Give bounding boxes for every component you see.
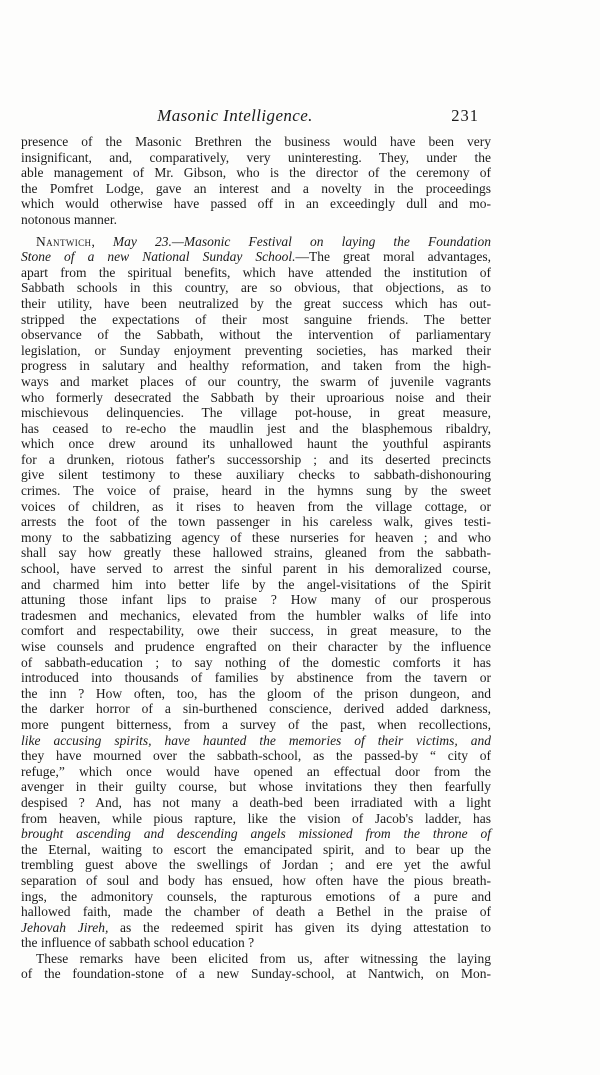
text-run: apart from the spiritual benefits, which… — [21, 265, 491, 280]
text-run: presence of the Masonic Brethren the bus… — [21, 134, 491, 149]
text-line: hallowed faith, made the chamber of deat… — [21, 904, 491, 920]
text-line: separation of soul and body has ensued, … — [21, 873, 491, 889]
text-run: the Pomfret Lodge, gave an interest and … — [21, 181, 491, 196]
text-run: and charmed him into better life by the … — [21, 577, 491, 592]
text-run: which once drew around its unhallowed ha… — [21, 436, 491, 451]
text-line: trembling guest above the swellings of J… — [21, 857, 491, 873]
text-run: the inn ? How often, too, has the gloom … — [21, 686, 491, 701]
italic-text-run: like accusing spirits, have haunted the … — [21, 733, 491, 748]
text-line: of the foundation-stone of a new Sunday-… — [21, 966, 491, 982]
text-line: the Pomfret Lodge, gave an interest and … — [21, 181, 491, 197]
text-run: hallowed faith, made the chamber of deat… — [21, 904, 491, 919]
text-run: , — [91, 234, 112, 249]
text-run: legislation, or Sunday enjoyment prevent… — [21, 343, 491, 358]
text-line: voices of children, as it rises to heave… — [21, 499, 491, 515]
text-run: observance of the Sabbath, without the i… — [21, 327, 491, 342]
article-body: presence of the Masonic Brethren the bus… — [21, 134, 491, 982]
text-run: mony to the sabbatizing agency of these … — [21, 530, 491, 545]
text-line: from heaven, while pious rapture, like t… — [21, 811, 491, 827]
text-run: give silent testimony to these auxiliary… — [21, 467, 491, 482]
text-line: shall say how greatly these hallowed str… — [21, 545, 491, 561]
text-line: comfort and respectability, owe their su… — [21, 623, 491, 639]
text-run: who formerly desecrated the Sabbath by t… — [21, 390, 491, 405]
text-run: mischievous delinquencies. The village p… — [21, 405, 491, 420]
text-line: the inn ? How often, too, has the gloom … — [21, 686, 491, 702]
text-run: which would otherwise have passed off in… — [21, 196, 491, 211]
text-run: These remarks have been elicited from us… — [36, 951, 491, 966]
text-line: give silent testimony to these auxiliary… — [21, 467, 491, 483]
text-run: progress in salutary and healthy reforma… — [21, 358, 491, 373]
text-run: of the foundation-stone of a new Sunday-… — [21, 966, 491, 981]
text-line: their utility, have been neutralized by … — [21, 296, 491, 312]
text-line: school, have served to arrest the sinful… — [21, 561, 491, 577]
text-run: they have mourned over the sabbath-schoo… — [21, 748, 491, 763]
text-line: ways and market places of our country, t… — [21, 374, 491, 390]
page-number: 231 — [451, 106, 479, 126]
text-line: mischievous delinquencies. The village p… — [21, 405, 491, 421]
text-run: introduced into thousands of families by… — [21, 670, 491, 685]
text-line: presence of the Masonic Brethren the bus… — [21, 134, 491, 150]
text-run: refuge,” which once would have opened an… — [21, 764, 491, 779]
text-line: mony to the sabbatizing agency of these … — [21, 530, 491, 546]
smallcaps-text-run: Nantwich — [36, 234, 91, 249]
text-run: voices of children, as it rises to heave… — [21, 499, 491, 514]
text-run: ways and market places of our country, t… — [21, 374, 491, 389]
text-line: despised ? And, has not many a death-bed… — [21, 795, 491, 811]
text-line: who formerly desecrated the Sabbath by t… — [21, 390, 491, 406]
paragraph-nantwich-festival: Nantwich, May 23.—Masonic Festival on la… — [21, 234, 491, 951]
text-run: separation of soul and body has ensued, … — [21, 873, 491, 888]
text-run: their utility, have been neutralized by … — [21, 296, 491, 311]
text-run: stripped the expectations of their most … — [21, 312, 491, 327]
text-run: from heaven, while pious rapture, like t… — [21, 811, 491, 826]
text-line: Stone of a new National Sunday School.—T… — [21, 249, 491, 265]
text-line: observance of the Sabbath, without the i… — [21, 327, 491, 343]
italic-text-run: May 23.—Masonic Festival on laying the F… — [113, 234, 491, 249]
text-run: arrests the foot of the town passenger i… — [21, 514, 491, 529]
text-line: for a drunken, riotous father's successo… — [21, 452, 491, 468]
text-run: as the redeemed spirit has given its dyi… — [108, 920, 491, 935]
text-line: more pungent bitterness, from a survey o… — [21, 717, 491, 733]
text-line: progress in salutary and healthy reforma… — [21, 358, 491, 374]
text-line: refuge,” which once would have opened an… — [21, 764, 491, 780]
paragraph-pomfret-lodge: presence of the Masonic Brethren the bus… — [21, 134, 491, 228]
text-line: stripped the expectations of their most … — [21, 312, 491, 328]
text-run: the darker horror of a sin-burthened con… — [21, 701, 491, 716]
text-run: the influence of sabbath school educatio… — [21, 935, 254, 950]
text-line: attuning those infant lips to praise ? H… — [21, 592, 491, 608]
text-run: tradesmen and mechanics, elevated from t… — [21, 608, 491, 623]
text-line: Sabbath schools in this country, are so … — [21, 280, 491, 296]
text-run: school, have served to arrest the sinful… — [21, 561, 491, 576]
italic-text-run: brought ascending and descending angels … — [21, 826, 491, 841]
text-run: despised ? And, has not many a death-bed… — [21, 795, 491, 810]
italic-text-run: Stone of a new National Sunday School. — [21, 249, 296, 264]
text-run: attuning those infant lips to praise ? H… — [21, 592, 491, 607]
text-line: Jehovah Jireh, as the redeemed spirit ha… — [21, 920, 491, 936]
italic-text-run: Jehovah Jireh, — [21, 920, 108, 935]
text-line: which would otherwise have passed off in… — [21, 196, 491, 212]
text-run: the Eternal, waiting to escort the emanc… — [21, 842, 491, 857]
page-header: Masonic Intelligence. 231 — [21, 106, 491, 128]
text-line: ings, the admonitory counsels, the raptu… — [21, 889, 491, 905]
text-line: like accusing spirits, have haunted the … — [21, 733, 491, 749]
text-run: —The great moral advantages, — [296, 249, 492, 264]
text-line: wise counsels and prudence engrafted on … — [21, 639, 491, 655]
text-line: These remarks have been elicited from us… — [21, 951, 491, 967]
text-run: notonous manner. — [21, 212, 117, 227]
text-run: insignificant, and, comparatively, very … — [21, 150, 491, 165]
text-run: crimes. The voice of praise, heard in th… — [21, 483, 491, 498]
text-run: ings, the admonitory counsels, the raptu… — [21, 889, 491, 904]
text-line: and charmed him into better life by the … — [21, 577, 491, 593]
text-line: of sabbath-education ; to say nothing of… — [21, 655, 491, 671]
text-run: comfort and respectability, owe their su… — [21, 623, 491, 638]
text-run: of sabbath-education ; to say nothing of… — [21, 655, 491, 670]
text-line: avenger in their guilty course, but whos… — [21, 779, 491, 795]
text-line: legislation, or Sunday enjoyment prevent… — [21, 343, 491, 359]
running-title: Masonic Intelligence. — [157, 106, 313, 126]
text-line: Nantwich, May 23.—Masonic Festival on la… — [21, 234, 491, 250]
text-line: able management of Mr. Gibson, who is th… — [21, 165, 491, 181]
document-page: Masonic Intelligence. 231 presence of th… — [0, 0, 600, 1075]
text-line: crimes. The voice of praise, heard in th… — [21, 483, 491, 499]
text-run: more pungent bitterness, from a survey o… — [21, 717, 491, 732]
text-line: the influence of sabbath school educatio… — [21, 935, 491, 951]
text-run: trembling guest above the swellings of J… — [21, 857, 491, 872]
text-run: able management of Mr. Gibson, who is th… — [21, 165, 491, 180]
text-line: introduced into thousands of families by… — [21, 670, 491, 686]
text-run: for a drunken, riotous father's successo… — [21, 452, 491, 467]
text-line: brought ascending and descending angels … — [21, 826, 491, 842]
text-run: has ceased to re-echo the maudlin jest a… — [21, 421, 491, 436]
text-run: Sabbath schools in this country, are so … — [21, 280, 491, 295]
text-line: arrests the foot of the town passenger i… — [21, 514, 491, 530]
text-line: they have mourned over the sabbath-schoo… — [21, 748, 491, 764]
text-line: insignificant, and, comparatively, very … — [21, 150, 491, 166]
text-run: wise counsels and prudence engrafted on … — [21, 639, 491, 654]
text-run: shall say how greatly these hallowed str… — [21, 545, 491, 560]
paragraph-these-remarks: These remarks have been elicited from us… — [21, 951, 491, 982]
text-run: avenger in their guilty course, but whos… — [21, 779, 491, 794]
text-line: the Eternal, waiting to escort the emanc… — [21, 842, 491, 858]
text-line: has ceased to re-echo the maudlin jest a… — [21, 421, 491, 437]
text-line: apart from the spiritual benefits, which… — [21, 265, 491, 281]
text-line: the darker horror of a sin-burthened con… — [21, 701, 491, 717]
text-line: notonous manner. — [21, 212, 491, 228]
text-line: which once drew around its unhallowed ha… — [21, 436, 491, 452]
text-line: tradesmen and mechanics, elevated from t… — [21, 608, 491, 624]
